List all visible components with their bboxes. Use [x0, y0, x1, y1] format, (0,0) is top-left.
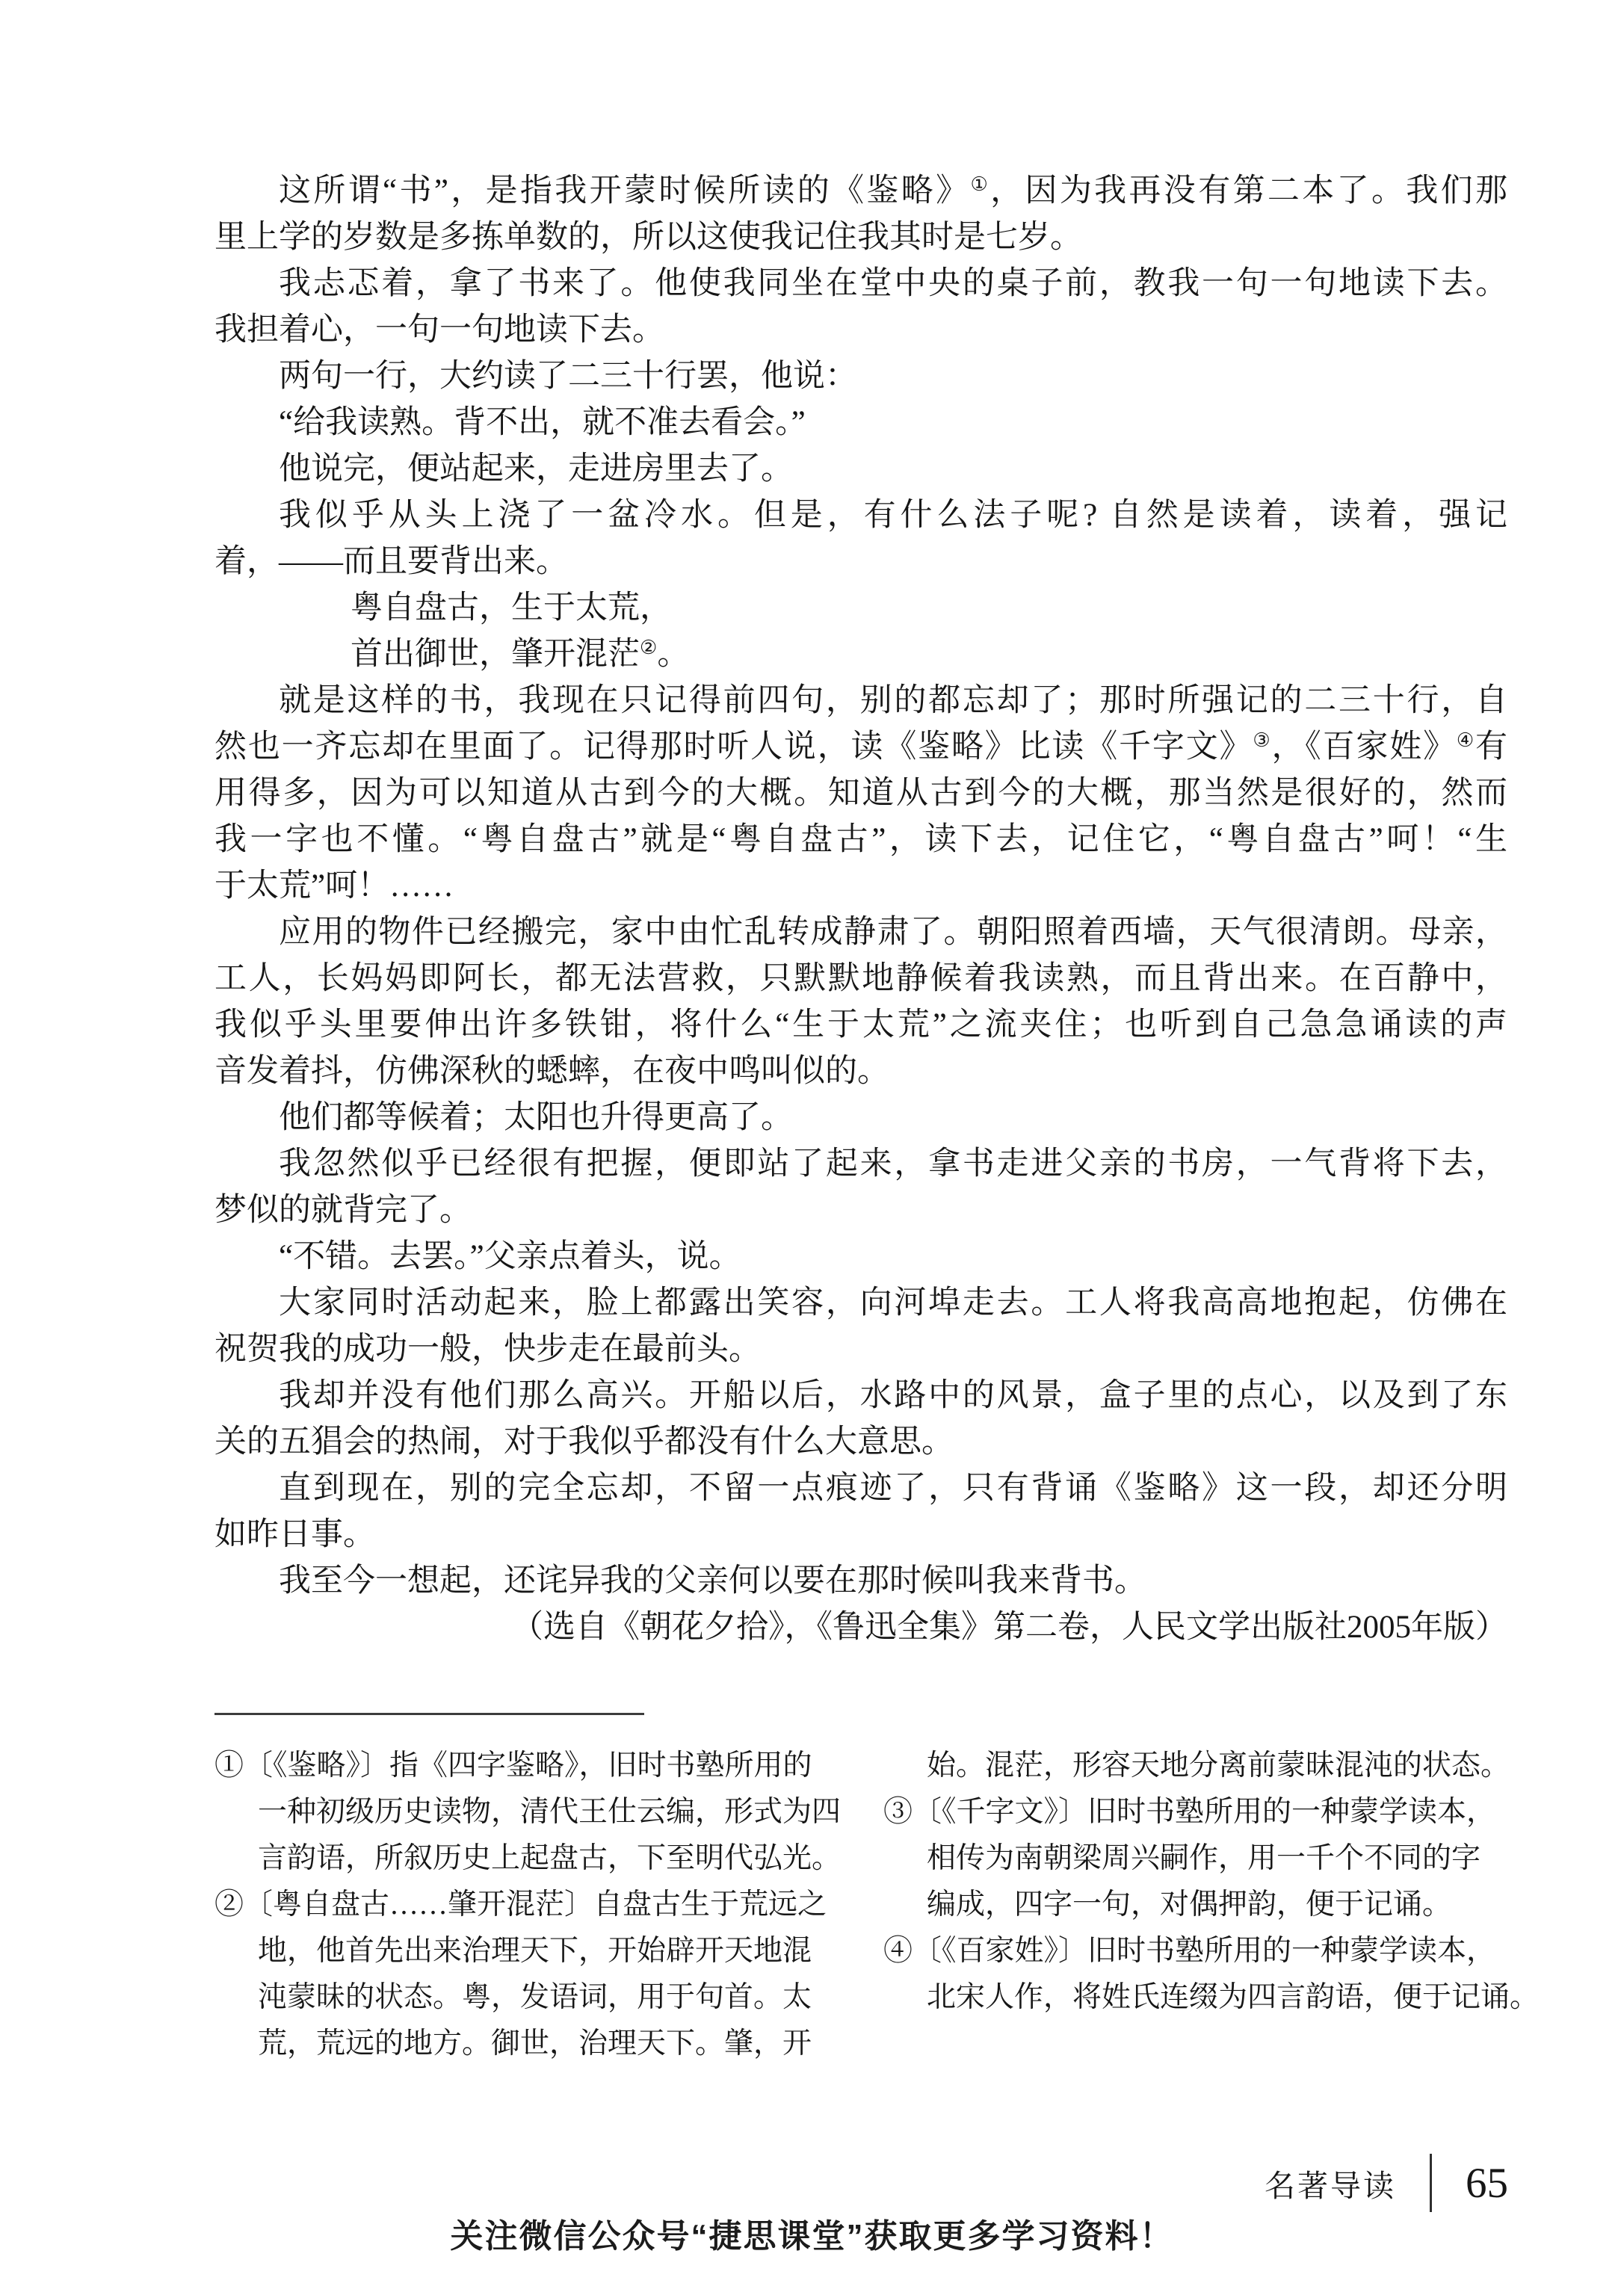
footnote-line: 一种初级历史读物，清代王仕云编，形式为四 [214, 1789, 831, 1835]
text-line: 音发着抖，仿佛深秋的蟋蟀，在夜中鸣叫似的。 [214, 1048, 1507, 1095]
text-line: 这所谓“书”，是指我开蒙时候所读的《鉴略》①，因为我再没有第二本了。我们那 [214, 168, 1507, 214]
footnote-line: ③〔《千字文》〕旧时书塾所用的一种蒙学读本， [883, 1789, 1519, 1835]
footnote-divider [214, 1713, 644, 1715]
promo-banner: 关注微信公众号“捷思课堂”获取更多学习资料！ [0, 2209, 1624, 2257]
footnote-line: 相传为南朝梁周兴嗣作，用一千个不同的字 [883, 1835, 1519, 1882]
text-line: 我似乎从头上浇了一盆冷水。但是，有什么法子呢? 自然是读着，读着，强记 [214, 492, 1507, 539]
text-line: 如昨日事。 [214, 1512, 1507, 1558]
text-line: 工人，长妈妈即阿长，都无法营救，只默默地静候着我读熟，而且背出来。在百静中， [214, 956, 1507, 1002]
page-number: 65 [1466, 2159, 1508, 2208]
text-line: 大家同时活动起来，脸上都露出笑容，向河埠走去。工人将我高高地抱起，仿佛在 [214, 1280, 1507, 1326]
text-line: 然也一齐忘却在里面了。记得那时听人说，读《鉴略》比读《千字文》③，《百家姓》④有 [214, 724, 1507, 770]
footnote-line: 荒，荒远的地方。御世，治理天下。肇，开 [214, 2021, 831, 2067]
footnotes-right-column: 始。混茫，形容天地分离前蒙昧混沌的状态。③〔《千字文》〕旧时书塾所用的一种蒙学读… [883, 1743, 1519, 2021]
text-line: 就是这样的书，我现在只记得前四句，别的都忘却了；那时所强记的二三十行，自 [214, 678, 1507, 724]
text-line: 梦似的就背完了。 [214, 1187, 1507, 1234]
footnotes-left-column: ①〔《鉴略》〕指《四字鉴略》，旧时书塾所用的一种初级历史读物，清代王仕云编，形式… [214, 1743, 831, 2067]
footnote-line: 编成，四字一句，对偶押韵，便于记诵。 [883, 1882, 1519, 1928]
footnote-line: ②〔粤自盘古……肇开混茫〕自盘古生于荒远之 [214, 1882, 831, 1928]
verse-line: 粤自盘古，生于太荒， [214, 585, 1507, 631]
text-line: 我至今一想起，还诧异我的父亲何以要在那时候叫我来背书。 [214, 1558, 1507, 1604]
text-line: “不错。去罢。”父亲点着头，说。 [214, 1234, 1507, 1280]
footnote-line: 始。混茫，形容天地分离前蒙昧混沌的状态。 [883, 1743, 1519, 1789]
text-line: 他们都等候着；太阳也升得更高了。 [214, 1095, 1507, 1141]
section-label: 名著导读 [1265, 2161, 1396, 2205]
attribution-line: （选自《朝花夕拾》，《鲁迅全集》第二卷，人民文学出版社2005年版） [214, 1604, 1507, 1651]
text-line: 祝贺我的成功一般，快步走在最前头。 [214, 1326, 1507, 1373]
text-line: 我似乎头里要伸出许多铁钳，将什么“生于太荒”之流夹住；也听到自己急急诵读的声 [214, 1002, 1507, 1048]
text-line: 我忐忑着，拿了书来了。他使我同坐在堂中央的桌子前，教我一句一句地读下去。 [214, 261, 1507, 307]
text-line: 里上学的岁数是多拣单数的，所以这使我记住我其时是七岁。 [214, 214, 1507, 261]
text-line: 我一字也不懂。“粤自盘古”就是“粤自盘古”，读下去，记住它，“粤自盘古”呵！“生 [214, 817, 1507, 863]
main-text: 这所谓“书”，是指我开蒙时候所读的《鉴略》①，因为我再没有第二本了。我们那里上学… [214, 168, 1507, 1651]
text-line: 我却并没有他们那么高兴。开船以后，水路中的风景，盒子里的点心，以及到了东 [214, 1373, 1507, 1419]
footnote-line: ④〔《百家姓》〕旧时书塾所用的一种蒙学读本， [883, 1928, 1519, 1974]
text-line: 于太荒”呵！…… [214, 863, 1507, 909]
text-line: “给我读熟。背不出，就不准去看会。” [214, 400, 1507, 446]
text-line: 用得多，因为可以知道从古到今的大概。知道从古到今的大概，那当然是很好的，然而 [214, 770, 1507, 817]
footnote-line: 地，他首先出来治理天下，开始辟开天地混 [214, 1928, 831, 1974]
text-line: 关的五猖会的热闹，对于我似乎都没有什么大意思。 [214, 1419, 1507, 1465]
text-line: 我忽然似乎已经很有把握，便即站了起来，拿书走进父亲的书房，一气背将下去， [214, 1141, 1507, 1187]
text-line: 我担着心，一句一句地读下去。 [214, 307, 1507, 353]
footnote-line: 北宋人作，将姓氏连缀为四言韵语，便于记诵。 [883, 1974, 1519, 2021]
text-line: 应用的物件已经搬完，家中由忙乱转成静肃了。朝阳照着西墙，天气很清朗。母亲， [214, 909, 1507, 956]
footnote-line: 沌蒙昧的状态。粤，发语词，用于句首。太 [214, 1974, 831, 2021]
text-line: 着，——而且要背出来。 [214, 539, 1507, 585]
footnote-line: 言韵语，所叙历史上起盘古，下至明代弘光。 [214, 1835, 831, 1882]
text-line: 两句一行，大约读了二三十行罢，他说： [214, 353, 1507, 400]
text-line: 他说完，便站起来，走进房里去了。 [214, 446, 1507, 492]
page-number-divider [1430, 2154, 1432, 2212]
footnote-line: ①〔《鉴略》〕指《四字鉴略》，旧时书塾所用的 [214, 1743, 831, 1789]
page: { "page": { "background": "#ffffff", "te… [0, 0, 1624, 2295]
page-footer: 名著导读 65 [1265, 2152, 1508, 2214]
text-line: 直到现在，别的完全忘却，不留一点痕迹了，只有背诵《鉴略》这一段，却还分明 [214, 1465, 1507, 1512]
verse-line: 首出御世，肇开混茫②。 [214, 631, 1507, 678]
